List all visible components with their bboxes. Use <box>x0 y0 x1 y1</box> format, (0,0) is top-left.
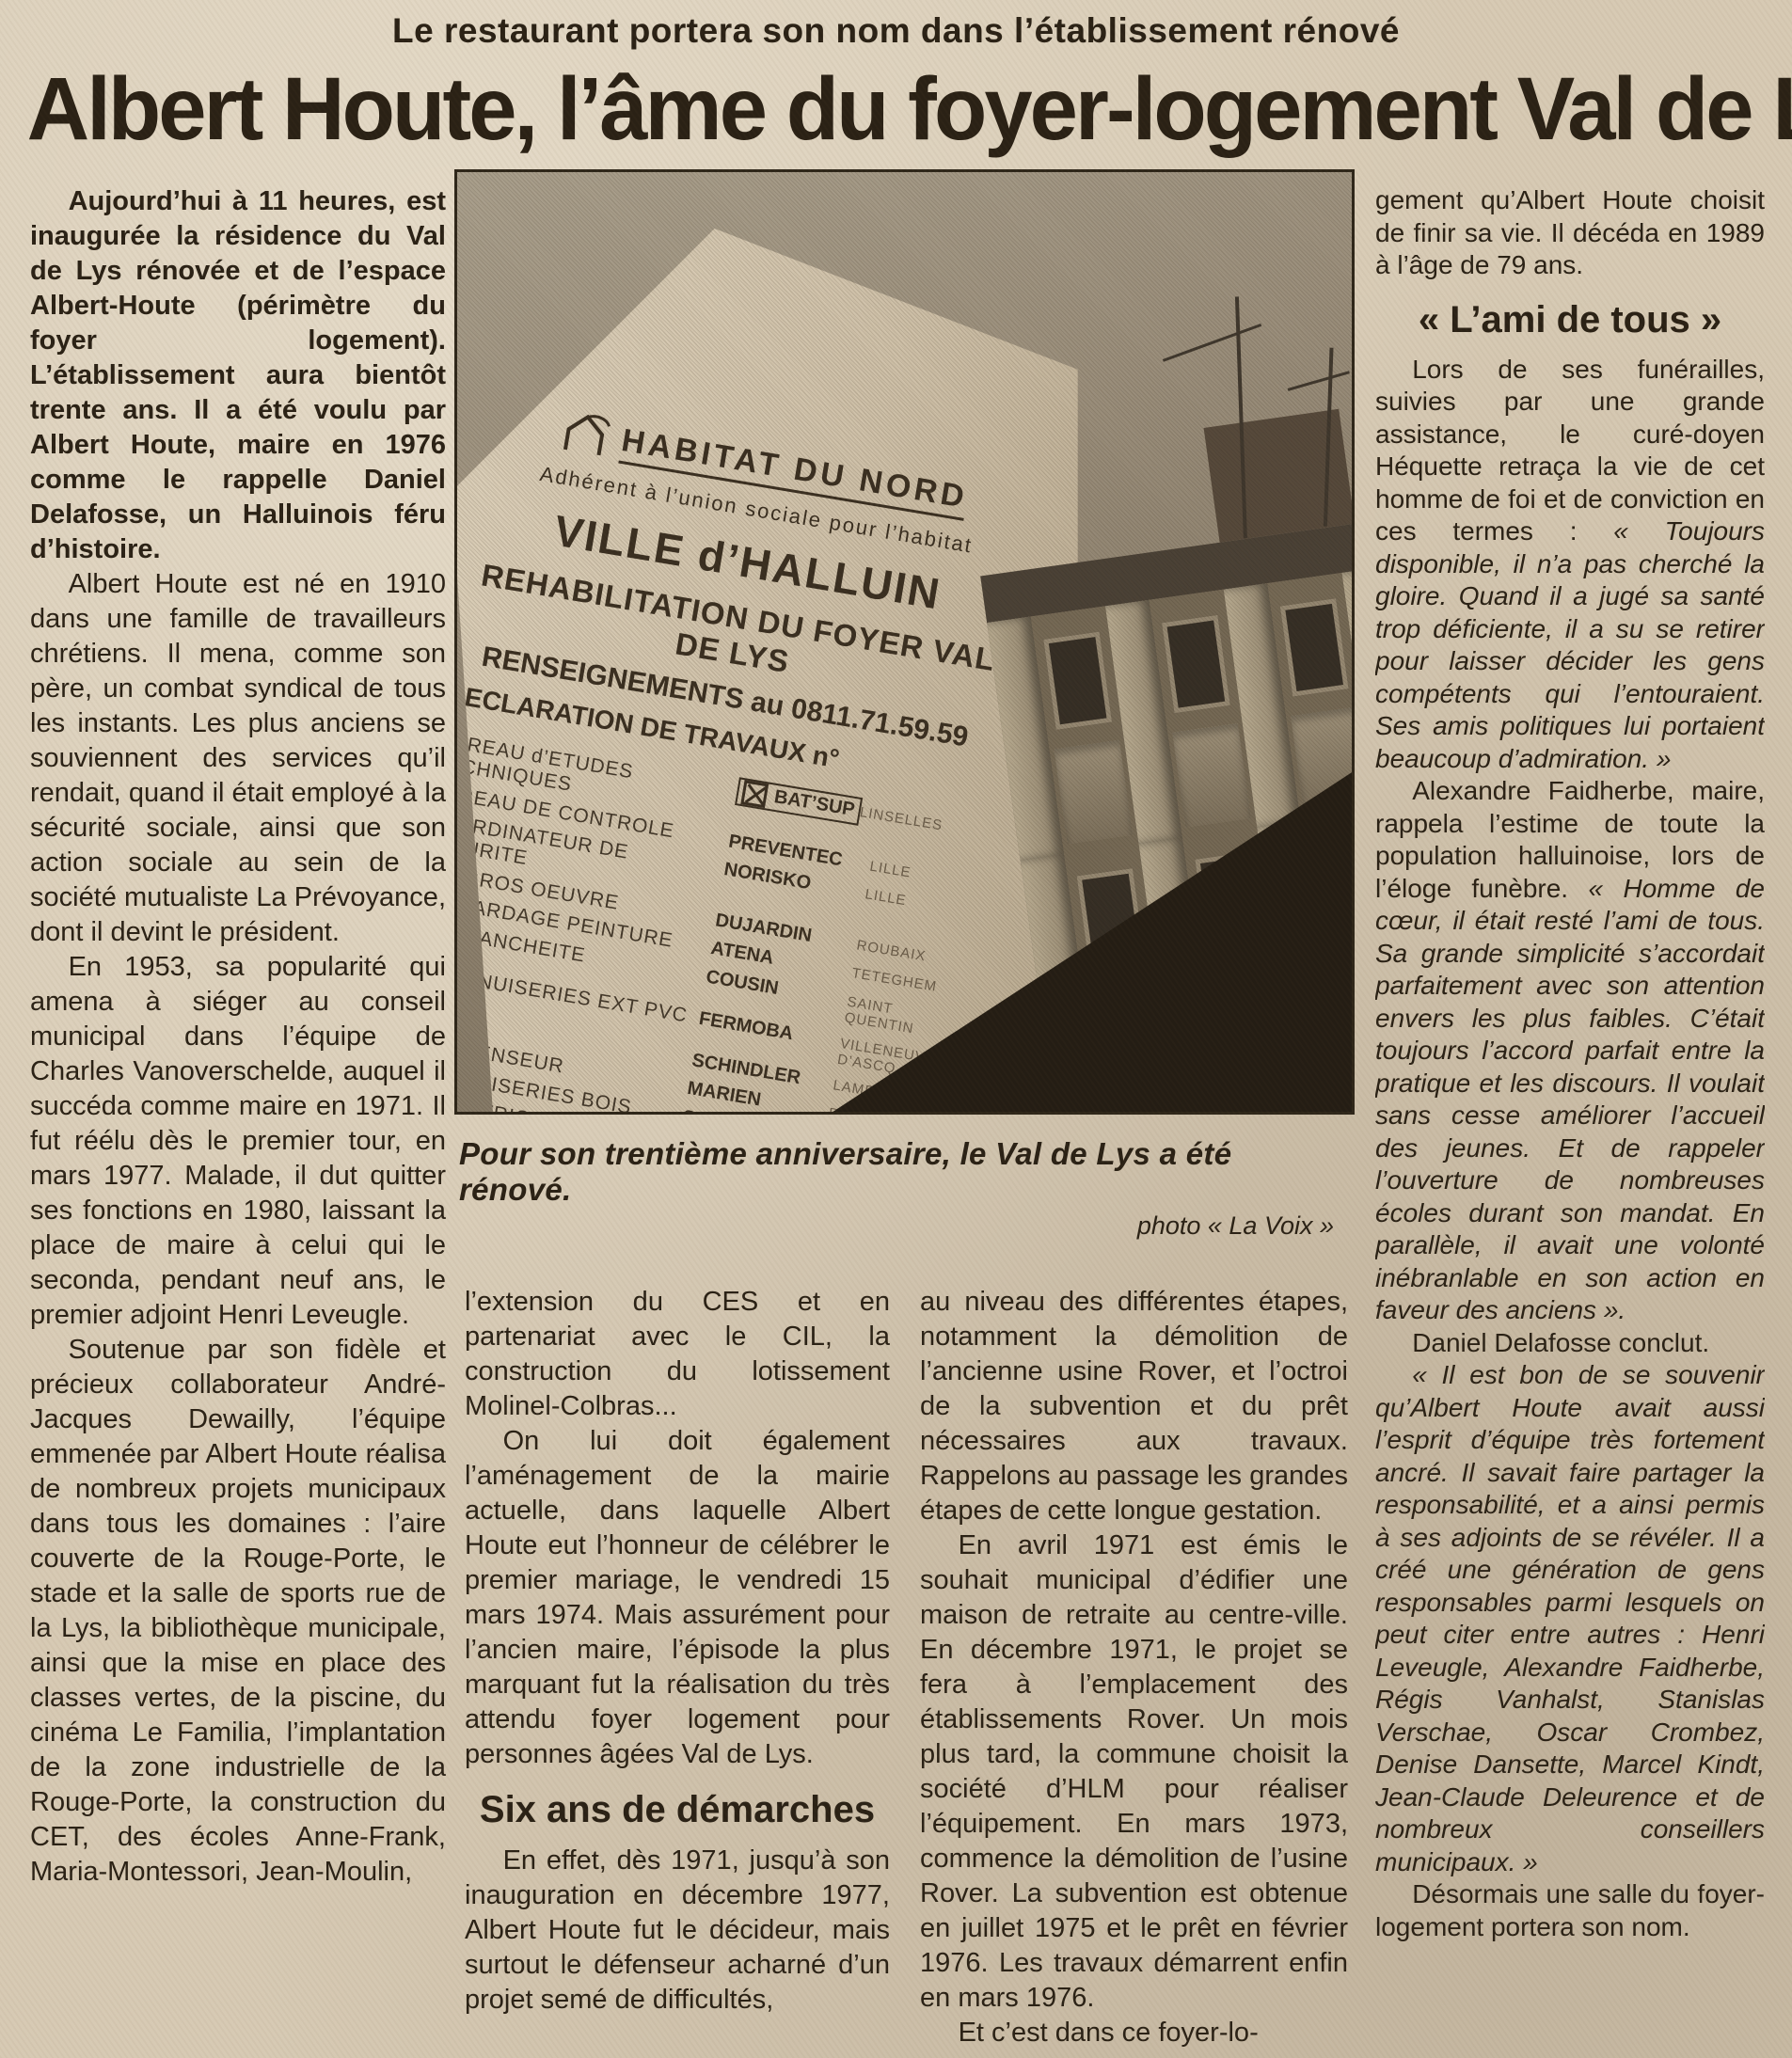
body-text: Et c’est dans ce foyer-lo- <box>959 2018 1259 2048</box>
paragraph: Et c’est dans ce foyer-lo- <box>920 2016 1348 2050</box>
paragraph: gement qu’Albert Houte choisit de finir … <box>1375 184 1765 282</box>
body-text: au niveau des différentes étapes, notamm… <box>920 1287 1348 1526</box>
paragraph: Soutenue par son fidèle et précieux coll… <box>30 1333 446 1890</box>
photo-credit: photo « La Voix » <box>459 1211 1334 1241</box>
column-1: Aujourd’hui à 11 heures, est inaugurée l… <box>30 184 446 2056</box>
photo-caption: Pour son trentième anniversaire, le Val … <box>459 1136 1353 1208</box>
body-text: Aujourd’hui à 11 heures, est inaugurée l… <box>30 186 446 564</box>
habitat-du-nord-logo-icon <box>556 409 611 463</box>
paragraph: On lui doit également l’aménagement de l… <box>465 1424 890 1772</box>
sign-row-label: LOT CHAUFFAGE VENTILATION <box>454 1112 674 1115</box>
paragraph: En effet, dès 1971, jusqu’à son inaugura… <box>465 1844 890 2018</box>
quote-text: « Toujours disponible, il n’a pas cherch… <box>1375 516 1765 773</box>
section-subhead: « L’ami de tous » <box>1375 299 1765 340</box>
body-text: En avril 1971 est émis le souhait munici… <box>920 1530 1348 2013</box>
newspaper-page: { "colors": { "paper": "#d7cab4", "ink":… <box>0 0 1792 2058</box>
paragraph: Lors de ses funérailles, suivies par une… <box>1375 354 1765 776</box>
paragraph: En avril 1971 est émis le souhait munici… <box>920 1528 1348 2016</box>
kicker: Le restaurant portera son nom dans l’éta… <box>0 11 1792 51</box>
batsup-logo-icon <box>740 780 769 808</box>
paragraph: Désormais une salle du foyer-logement po… <box>1375 1878 1765 1943</box>
column-3: au niveau des différentes étapes, notamm… <box>920 1285 1348 2056</box>
paragraph: « Il est bon de se souvenir qu’Albert Ho… <box>1375 1359 1765 1878</box>
sign-row-city: LILLE <box>864 886 970 919</box>
section-subhead: Six ans de démarches <box>465 1789 890 1830</box>
body-text: Soutenue par son fidèle et précieux coll… <box>30 1335 446 1887</box>
paragraph: au niveau des différentes étapes, notamm… <box>920 1285 1348 1528</box>
body-text: l’extension du CES et en partenariat ave… <box>465 1287 890 1421</box>
quote-text: « Homme de cœur, il était resté l’ami de… <box>1375 874 1765 1325</box>
antenna-icon <box>1162 324 1261 362</box>
paragraph: En 1953, sa popularité qui amena à siége… <box>30 950 446 1333</box>
antenna-icon <box>1287 371 1350 391</box>
sign-row: LOT CHAUFFAGE VENTILATIONBRAEMWERVICQ SU… <box>454 1112 919 1115</box>
article-photo: HABITAT DU NORD Adhérent à l’union socia… <box>454 169 1355 1115</box>
sign-row-company: BAT’SUP <box>735 777 862 825</box>
column-4: gement qu’Albert Houte choisit de finir … <box>1375 184 1765 2056</box>
body-text: Albert Houte est né en 1910 dans une fam… <box>30 569 446 947</box>
column-2: l’extension du CES et en partenariat ave… <box>465 1285 890 2056</box>
sign-content: HABITAT DU NORD Adhérent à l’union socia… <box>454 398 1039 1115</box>
paragraph: Aujourd’hui à 11 heures, est inaugurée l… <box>30 184 446 567</box>
body-text: On lui doit également l’aménagement de l… <box>465 1426 890 1769</box>
paragraph: l’extension du CES et en partenariat ave… <box>465 1285 890 1424</box>
body-text: En 1953, sa popularité qui amena à siége… <box>30 952 446 1330</box>
body-text: Daniel Delafosse conclut. <box>1412 1328 1709 1357</box>
page-title: Albert Houte, l’âme du foyer-logement Va… <box>27 58 1766 161</box>
building-penthouse <box>1203 408 1355 542</box>
paragraph: Alexandre Faidherbe, maire, rappela l’es… <box>1375 775 1765 1327</box>
body-text: Désormais une salle du foyer-logement po… <box>1375 1879 1765 1941</box>
construction-sign: HABITAT DU NORD Adhérent à l’union socia… <box>454 210 1078 1115</box>
paragraph: Daniel Delafosse conclut. <box>1375 1327 1765 1360</box>
paragraph: Albert Houte est né en 1910 dans une fam… <box>30 567 446 950</box>
sign-row-city: LINSELLES <box>858 804 982 840</box>
body-text: gement qu’Albert Houte choisit de finir … <box>1375 185 1765 279</box>
body-text: En effet, dès 1971, jusqu’à son inaugura… <box>465 1845 890 2015</box>
quote-text: « Il est bon de se souvenir qu’Albert Ho… <box>1375 1360 1765 1876</box>
